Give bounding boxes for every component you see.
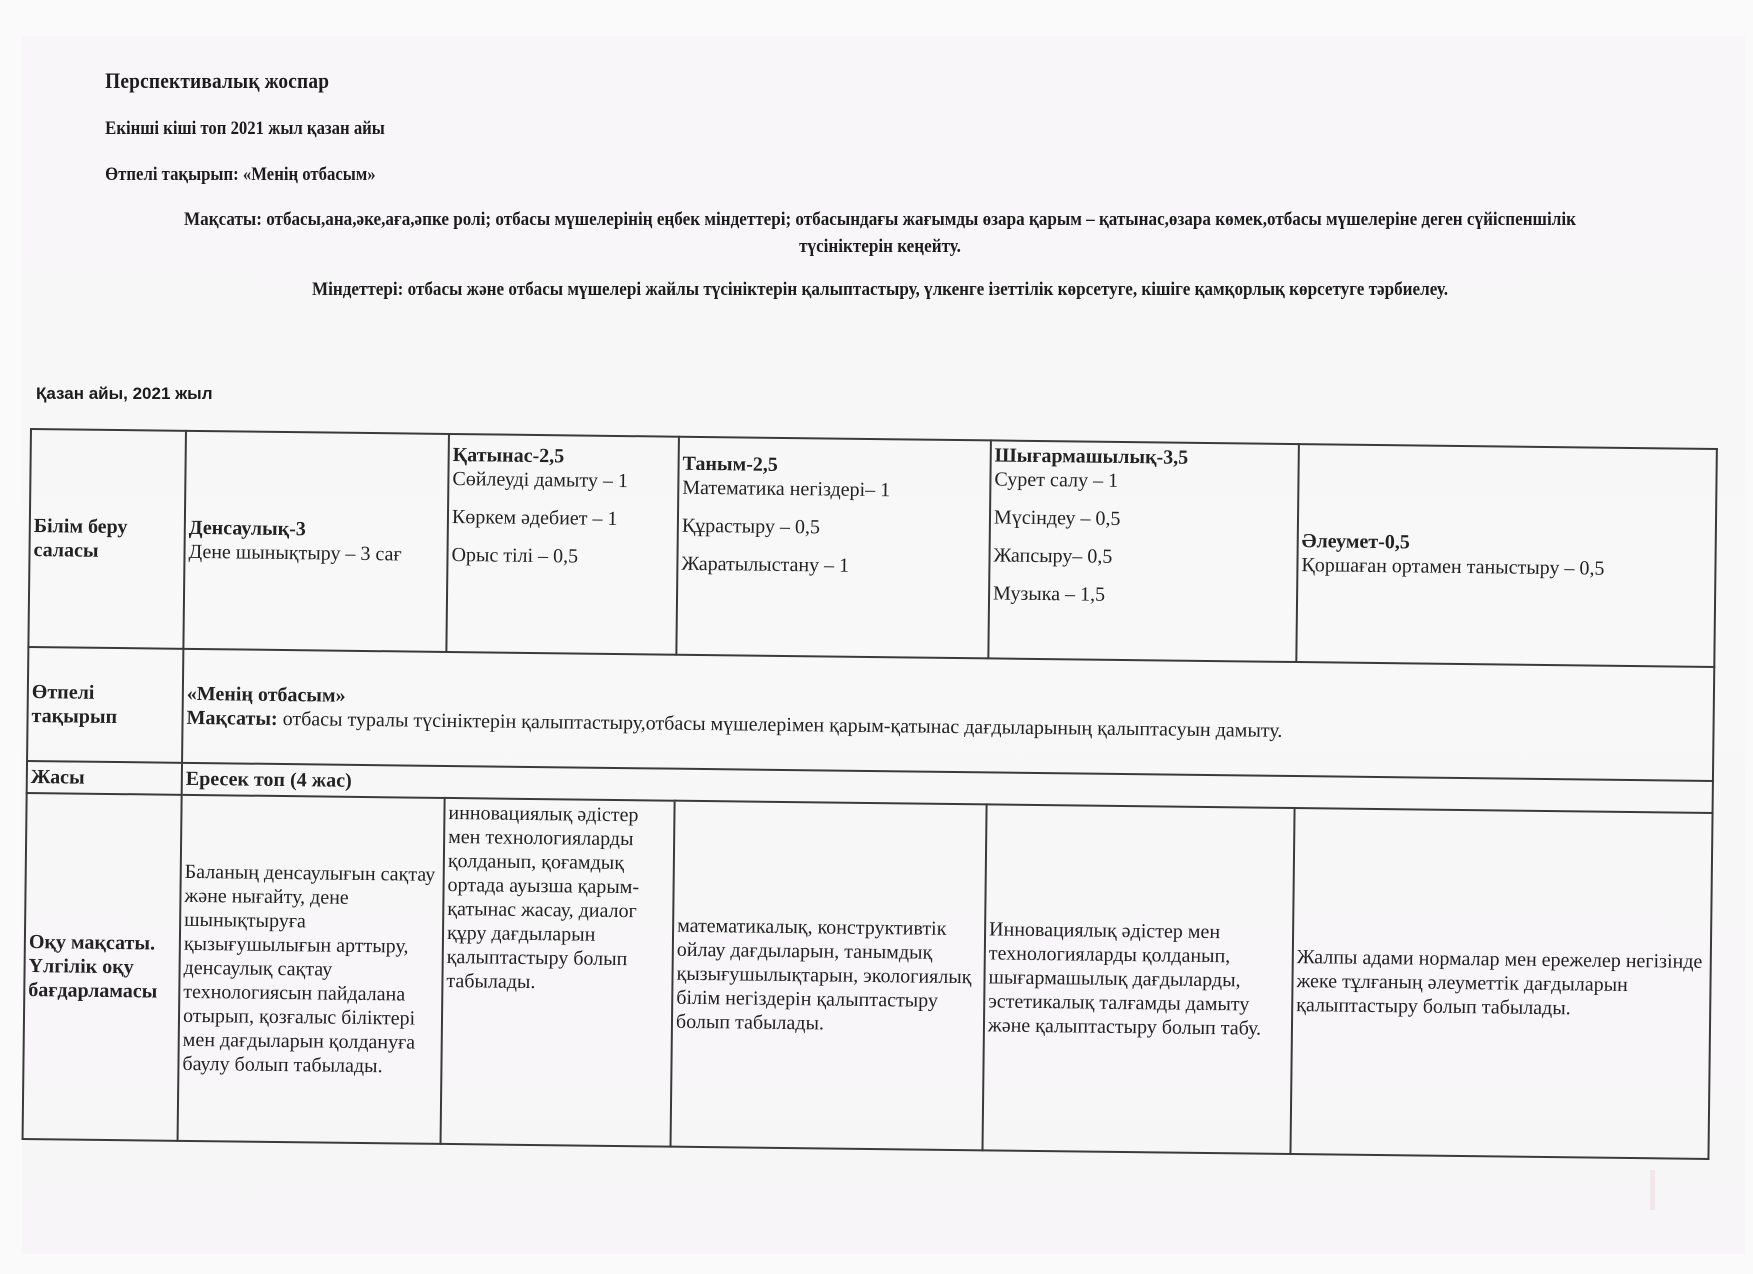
document-subtitle: Екінші кіші топ 2021 жыл қазан айы <box>105 118 1648 140</box>
area-title: Таным-2,5 <box>682 452 986 480</box>
area-cell-cognition: Таным-2,5 Математика негіздері– 1 Құраст… <box>676 437 991 659</box>
area-item: Математика негіздері– 1 <box>682 476 986 504</box>
area-item: Көркем әдебиет – 1 <box>452 505 674 532</box>
area-item: Қоршаған ортамен таныстыру – 0,5 <box>1301 553 1711 582</box>
area-item: Дене шынықтыру – 3 сағ <box>188 540 443 567</box>
area-item: Құрастыру – 0,5 <box>682 514 986 542</box>
area-item: Жапсыру– 0,5 <box>993 543 1293 571</box>
learning-goal-health: Баланың денсаулығын сақтау және нығайту,… <box>178 795 445 1144</box>
document-title: Перспективалық жоспар <box>105 68 1648 94</box>
plan-table: Білім беру саласы Денсаулық-3 Дене шынық… <box>22 428 1718 1160</box>
area-title: Қатынас-2,5 <box>453 443 675 470</box>
scan-mark <box>1650 1170 1655 1210</box>
learning-goal-social: Жалпы адами нормалар мен ережелер негізі… <box>1290 808 1712 1159</box>
learning-goals-row: Оқу мақсаты. Үлгілік оқу бағдарламасы Ба… <box>23 793 1713 1159</box>
tasks-text: отбасы және отбасы мүшелері жайлы түсіні… <box>408 279 1448 300</box>
goal-paragraph: Мақсаты: отбасы,ана,әке,аға,әпке ролі; о… <box>169 206 1591 260</box>
area-cell-social: Әлеумет-0,5 Қоршаған ортамен таныстыру –… <box>1296 444 1717 667</box>
area-item: Музыка – 1,5 <box>993 581 1293 609</box>
area-item: Мүсіндеу – 0,5 <box>994 505 1294 533</box>
tasks-label: Міндеттері: <box>312 279 403 300</box>
topic-cell: «Менің отбасым» Мақсаты: отбасы туралы т… <box>182 649 1714 781</box>
learning-goal-cognition: математикалық, конструктивтік ойлау дағд… <box>671 801 987 1151</box>
learning-goal-creativity: Инновациялық әдістер мен технологияларды… <box>982 804 1294 1154</box>
goal-label: Мақсаты: <box>184 209 262 230</box>
topic-row: Өтпелі тақырып «Менің отбасым» Мақсаты: … <box>27 647 1714 781</box>
topic-header: Өтпелі тақырып <box>27 647 183 763</box>
area-item: Сурет салу – 1 <box>994 467 1294 495</box>
area-item: Орыс тілі – 0,5 <box>451 543 673 570</box>
area-title: Денсаулық-3 <box>189 516 444 543</box>
goal-text: отбасы,ана,әке,аға,әпке ролі; отбасы мүш… <box>266 209 1576 257</box>
education-area-row: Білім беру саласы Денсаулық-3 Дене шынық… <box>28 429 1716 667</box>
area-cell-communication: Қатынас-2,5 Сөйлеуді дамыту – 1 Көркем ә… <box>446 434 679 655</box>
area-cell-creativity: Шығармашылық-3,5 Сурет салу – 1 Мүсіндеу… <box>988 440 1299 662</box>
topic-goal-label: Мақсаты: <box>186 707 277 730</box>
tasks-paragraph: Міндеттері: отбасы және отбасы мүшелері … <box>142 276 1618 303</box>
area-item: Жаратылыстану – 1 <box>681 552 985 580</box>
age-header: Жасы <box>27 761 182 795</box>
learning-goal-communication: инновациялық әдістер мен технологияларды… <box>441 798 675 1147</box>
education-area-header: Білім беру саласы <box>28 429 186 649</box>
date-label: Қазан айы, 2021 жыл <box>36 384 213 404</box>
area-cell-health: Денсаулық-3 Дене шынықтыру – 3 сағ <box>183 431 449 652</box>
area-title: Шығармашылық-3,5 <box>995 443 1295 471</box>
learning-goals-header: Оқу мақсаты. Үлгілік оқу бағдарламасы <box>23 793 182 1141</box>
weekly-topic-line: Өтпелі тақырып: «Менің отбасым» <box>105 164 1648 186</box>
area-item: Сөйлеуді дамыту – 1 <box>452 467 674 494</box>
